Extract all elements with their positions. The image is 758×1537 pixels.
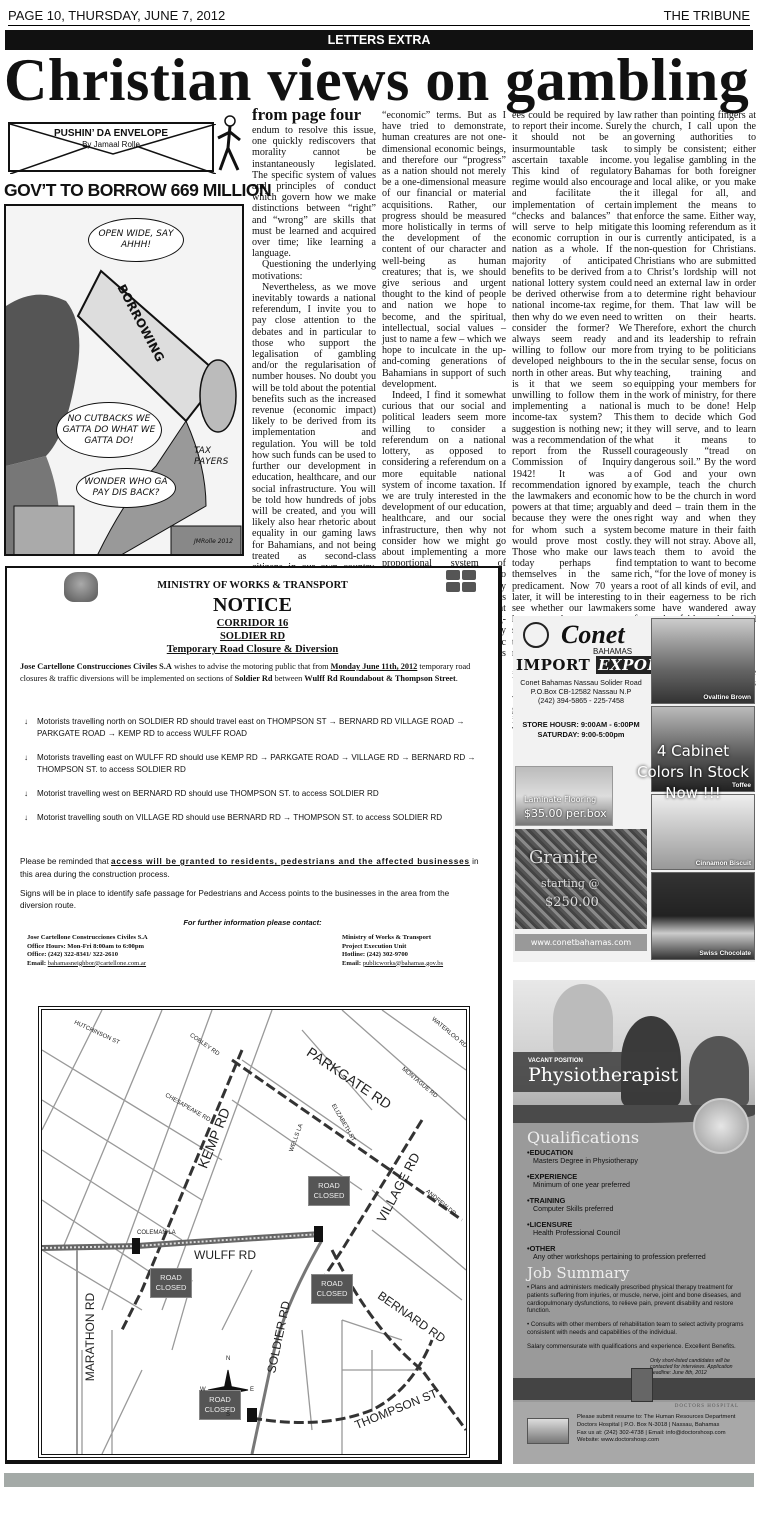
speech-bubble-wonder: WONDER WHO GA PAY DIS BACK? bbox=[76, 468, 176, 508]
paragraph: “economic” terms. But as I have tried to… bbox=[382, 110, 506, 390]
qualifications-heading: Qualifications bbox=[527, 1128, 639, 1147]
kitchen-photo: Swiss Chocolate bbox=[651, 872, 755, 960]
tax-payers-label: TAX PAYERS bbox=[194, 446, 228, 468]
conet-seal-icon bbox=[523, 622, 549, 648]
conet-website[interactable]: www.conetbahamas.com bbox=[515, 934, 647, 951]
notice-ministry: MINISTRY OF WORKS & TRANSPORT bbox=[7, 580, 498, 591]
page-footer-bar bbox=[4, 1473, 754, 1487]
kitchen-photo: Ovaltine Brown bbox=[651, 618, 755, 704]
paper-name: THE TRIBUNE bbox=[664, 8, 750, 25]
road-closed-sign: ROAD CLOSED bbox=[308, 1176, 350, 1206]
job-title: Physiotherapist bbox=[528, 1064, 678, 1086]
page-folio: PAGE 10, THURSDAY, JUNE 7, 2012 THE TRIB… bbox=[8, 8, 750, 26]
physiotherapist-job-ad: VACANT POSITION Physiotherapist Qualific… bbox=[513, 980, 755, 1464]
diversion-item: Motorist travelling west on BERNARD RD s… bbox=[37, 788, 480, 800]
envelope-logo: PUSHIN’ DA ENVELOPE By Jamaal Rolle bbox=[8, 122, 214, 172]
contractor-name: Jose Cartellone Construcciones Civiles S… bbox=[20, 662, 172, 671]
notice-road: SOLDIER RD bbox=[7, 631, 498, 642]
subhead: Questioning the underlying motivations: bbox=[252, 259, 376, 281]
map-label-marathon: MARATHON RD bbox=[83, 1293, 97, 1381]
continued-from: from page four bbox=[252, 106, 376, 124]
cartoonist-signature: JMRolle 2012 bbox=[194, 536, 233, 547]
application-note: Only short-listed candidates will be con… bbox=[650, 1358, 745, 1376]
man-pushing-icon bbox=[216, 114, 244, 174]
contact-contractor: Jose Cartellone Construcciones Civiles S… bbox=[27, 934, 148, 968]
hospital-building-photo bbox=[527, 1418, 569, 1444]
article-headline: Christian views on gambling bbox=[4, 44, 756, 116]
accreditation-seal-icon bbox=[693, 1098, 749, 1154]
start-date: Monday June 11th, 2012 bbox=[331, 662, 418, 671]
paragraph: endum to resolve this issue, one quickly… bbox=[252, 125, 376, 259]
qualification-item: LICENSUREHealth Professional Council bbox=[527, 1220, 747, 1238]
diversion-item: Motorist travelling south on VILLAGE RD … bbox=[37, 812, 480, 824]
road-closed-sign: ROAD CLOSED bbox=[199, 1390, 241, 1420]
notice-subtitle: Temporary Road Closure & Diversion bbox=[7, 644, 498, 655]
qualification-item: EDUCATIONMasters Degree in Physiotherapy bbox=[527, 1148, 747, 1166]
paragraph: ees could be required by law to report t… bbox=[512, 110, 632, 659]
notice-title: NOTICE bbox=[7, 594, 498, 617]
diversion-list: Motorists travelling north on SOLDIER RD… bbox=[37, 716, 480, 836]
editorial-cartoon: PUSHIN’ DA ENVELOPE By Jamaal Rolle GOV’… bbox=[4, 112, 244, 556]
conet-country: BAHAMAS bbox=[593, 647, 632, 656]
map-label-coleman: COLEMAN LA bbox=[137, 1230, 176, 1236]
road-closed-sign: ROAD CLOSED bbox=[311, 1274, 353, 1304]
contact-ministry: Ministry of Works & Transport Project Ex… bbox=[342, 934, 443, 968]
qualification-item: TRAININGComputer Skills preferred bbox=[527, 1196, 747, 1214]
hospital-contact: Please submit resume to: The Human Resou… bbox=[577, 1414, 751, 1445]
paragraph: rather than pointing fingers at the chur… bbox=[634, 110, 756, 637]
cartoon-series: PUSHIN’ DA ENVELOPE bbox=[10, 128, 212, 139]
hospital-name: DOCTORS HOSPITAL bbox=[675, 1404, 739, 1409]
conet-logo: Conet bbox=[561, 620, 625, 650]
road-closure-notice: MINISTRY OF WORKS & TRANSPORT NOTICE COR… bbox=[5, 566, 502, 1464]
qualification-item: EXPERIENCEMinimum of one year preferred bbox=[527, 1172, 747, 1190]
diversion-map: ROAD CLOSED ROAD CLOSED ROAD CLOSED ROAD… bbox=[38, 1006, 470, 1458]
laminate-flooring-promo: Laminate Flooring $35.00 per.box bbox=[515, 766, 613, 826]
granite-promo: Granite starting @ $250.00 bbox=[515, 829, 647, 929]
road-closed-sign: ROAD CLOSED bbox=[150, 1268, 192, 1298]
map-label-wulff: WULFF RD bbox=[194, 1248, 256, 1262]
cartoon-headline: GOV’T TO BORROW 669 MILLION bbox=[4, 180, 244, 201]
notice-corridor: CORRIDOR 16 bbox=[7, 618, 498, 629]
therapy-photo bbox=[513, 980, 755, 1115]
contractor-email-link[interactable]: bahamasneighbor@cartellone.com.ar bbox=[48, 960, 146, 967]
hospital-contact-footer: DOCTORS HOSPITAL Please submit resume to… bbox=[513, 1402, 755, 1464]
page-date: PAGE 10, THURSDAY, JUNE 7, 2012 bbox=[8, 8, 225, 25]
speech-bubble-open-wide: OPEN WIDE, SAY AHHH! bbox=[88, 218, 184, 262]
access-reminder: Please be reminded that access will be g… bbox=[20, 855, 482, 881]
kitchen-photo: Cinnamon Biscuit bbox=[651, 794, 755, 870]
contact-heading: For further information please contact: bbox=[7, 918, 498, 927]
ministry-email-link[interactable]: publicworks@bahamas.gov.bs bbox=[363, 960, 443, 967]
notice-intro: Jose Cartellone Construcciones Civiles S… bbox=[20, 661, 482, 685]
cartoon-panel: OPEN WIDE, SAY AHHH! BORROWING NO CUTBAC… bbox=[4, 204, 244, 556]
hospital-cross-icon bbox=[631, 1368, 653, 1402]
speech-bubble-no-cutbacks: NO CUTBACKS WE GATTA DO WHAT WE GATTA DO… bbox=[56, 402, 162, 458]
qualifications-list: EDUCATIONMasters Degree in Physiotherapy… bbox=[527, 1148, 747, 1268]
signs-info: Signs will be in place to identify safe … bbox=[20, 888, 482, 912]
diversion-item: Motorists travelling east on WULFF RD sh… bbox=[37, 752, 480, 776]
job-summary: • Plans and administers medically prescr… bbox=[527, 1284, 745, 1357]
conet-address: Conet Bahamas Nassau Solider Road P.O.Bo… bbox=[513, 679, 649, 705]
qualification-item: OTHERAny other workshops pertaining to p… bbox=[527, 1244, 747, 1262]
cabinet-colors-promo: 4 Cabinet Colors In Stock Now !!! bbox=[631, 741, 755, 804]
job-summary-heading: Job Summary bbox=[527, 1264, 629, 1282]
conet-advertisement: Conet BAHAMAS IMPORT EXPORT Conet Bahama… bbox=[513, 616, 755, 962]
diversion-item: Motorists travelling north on SOLDIER RD… bbox=[37, 716, 480, 740]
cartoon-byline: By Jamaal Rolle bbox=[10, 140, 212, 149]
store-hours: STORE HOUSR: 9:00AM - 6:00PM SATURDAY: 9… bbox=[513, 720, 649, 740]
